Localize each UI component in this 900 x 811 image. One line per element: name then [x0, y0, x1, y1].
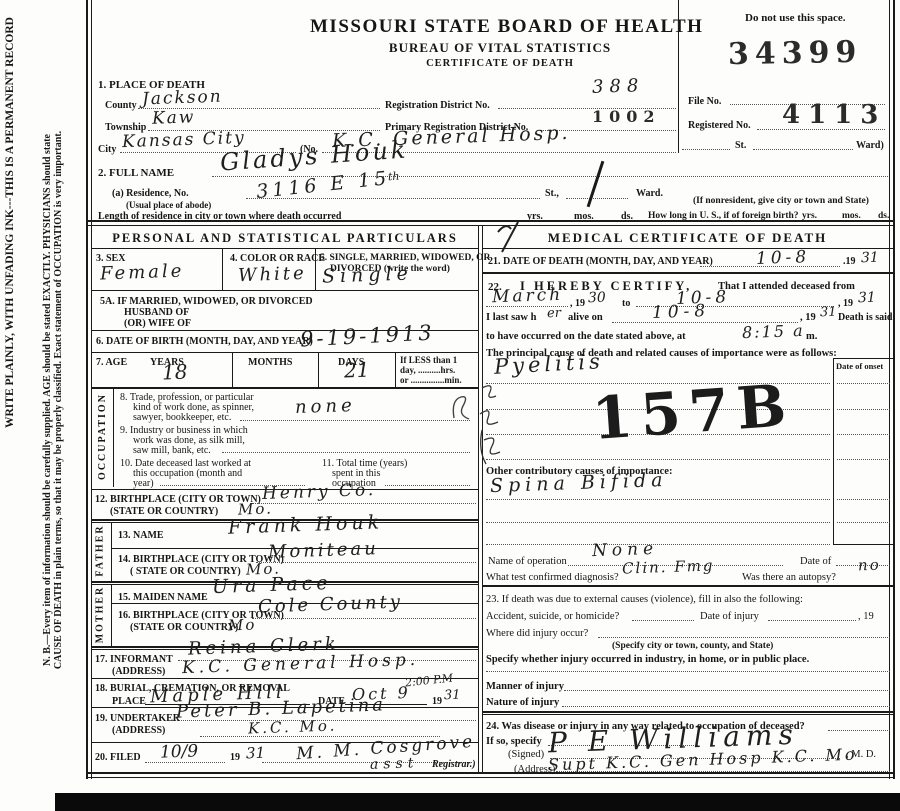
age-col-div-1: [232, 352, 233, 387]
onset-line-3: [837, 434, 890, 435]
registrar-label: Registrar.): [432, 759, 476, 771]
age-days-value: 21: [344, 358, 370, 383]
operation-label: Name of operation: [488, 556, 567, 568]
margin-note-block: N. B.—Every item of information should b…: [42, 10, 64, 790]
undertaker-addr-value: K.C. Mo.: [248, 716, 338, 737]
personal-header: PERSONAL AND STATISTICAL PARTICULARS: [92, 231, 478, 245]
less-min-label: or ...............min.: [400, 375, 462, 385]
filed-line-1: [145, 762, 225, 763]
row8-line: [240, 420, 470, 421]
married-label: 5A. IF MARRIED, WIDOWED, OR DIVORCED: [100, 296, 313, 308]
dod-19: .19: [843, 256, 856, 268]
autopsy-label: Was there an autopsy?: [742, 572, 836, 584]
informant-label: 17. INFORMANT: [95, 654, 173, 666]
city-label: City: [98, 144, 116, 156]
lastsaw-label-1: I last saw h: [486, 312, 536, 324]
attended-from-value: March: [492, 285, 564, 307]
registrar-pre-note: asst: [370, 755, 419, 773]
form-border-bottom-2: [86, 777, 895, 778]
to-19: , 19: [838, 298, 853, 310]
age-years-value: 18: [162, 360, 188, 385]
filed-19: 19: [230, 752, 240, 764]
father-bp-city-value: Moniteau: [268, 538, 379, 563]
months-label: MONTHS: [248, 357, 292, 369]
row8-label-3: sawyer, bookkeeper, etc.: [133, 412, 231, 424]
death-certificate-scan: WRITE PLAINLY, WITH UNFADING INK---THIS …: [0, 0, 900, 811]
onset-line-2: [837, 409, 890, 410]
mother-bracket-line: [111, 585, 112, 646]
header-box-divider: [678, 0, 679, 153]
margin-note-line1: N. B.—Every item of information should b…: [42, 10, 53, 790]
onset-box-bottom: [833, 544, 893, 545]
st-line-a: [682, 149, 730, 150]
color-value: White: [238, 263, 307, 286]
column-divider-1: [478, 225, 479, 773]
contrib-line-2: [486, 522, 830, 523]
form-border-right-inner: [889, 0, 890, 779]
from-year-value: 30: [588, 290, 606, 307]
column-divider-2: [482, 225, 483, 773]
row6-rule: [92, 352, 478, 353]
undertaker-label: 19. UNDERTAKER: [95, 713, 180, 725]
marital-value: Single: [322, 262, 414, 287]
contrib-onset-line-2: [837, 522, 890, 523]
q23-specify-city-label: (Specify city or town, county, and State…: [612, 641, 773, 652]
row7-rule: [92, 387, 478, 389]
row9-label-3: saw mill, bank, etc.: [133, 445, 211, 457]
manner-line: [564, 690, 890, 691]
mother-vertical-label: MOTHER: [95, 585, 106, 645]
death-said-label: Death is said: [838, 312, 892, 324]
lastsaw-label-2: alive on: [568, 312, 603, 324]
residence-sup-value: th: [388, 170, 400, 183]
q23-intro: 23. If death was due to external causes …: [486, 594, 803, 606]
dob-label: 6. DATE OF BIRTH (MONTH, DAY, AND YEAR): [96, 336, 313, 348]
nature-line: [562, 706, 890, 707]
husband-label: HUSBAND OF: [124, 307, 189, 319]
onset-line-1: [837, 383, 890, 384]
from-19: , 19: [570, 298, 585, 310]
q23-where-line: [598, 637, 890, 638]
q23-blank-line: [486, 671, 890, 672]
ward-slash-mark: [587, 161, 605, 208]
registered-no-line: [757, 129, 885, 130]
county-value: Jackson: [142, 87, 223, 110]
test-value: Clin. Fmg: [622, 556, 715, 577]
to-label: to: [622, 298, 630, 310]
father-vertical-label: FATHER: [95, 521, 106, 581]
board-title: MISSOURI STATE BOARD OF HEALTH: [310, 16, 690, 38]
occurred-label: to have occurred on the date stated abov…: [486, 331, 686, 343]
contrib-line-1: [486, 499, 830, 500]
st-line-b: [753, 149, 853, 150]
onset-label: Date of onset: [836, 362, 883, 372]
father-name-label: 13. NAME: [118, 530, 164, 542]
mother-bp-state-value: Mo: [228, 616, 257, 635]
header-double-rule-1: [86, 220, 895, 222]
filed-label: 20. FILED: [95, 752, 141, 764]
occurred-m-label: m.: [806, 331, 817, 343]
q24-line: [828, 730, 890, 731]
birthplace-label: 12. BIRTHPLACE (CITY OR TOWN): [95, 494, 261, 506]
wife-label: (OR) WIFE OF: [124, 318, 191, 330]
do-not-use-label: Do not use this space.: [745, 12, 846, 25]
q23-rule-1: [483, 711, 893, 713]
color-marital-divider: [315, 248, 316, 290]
dod-year-value: 31: [861, 250, 879, 267]
file-no-label: File No.: [688, 96, 721, 108]
certify-label-2: That I attended deceased from: [718, 281, 855, 293]
mother-bp-line: [252, 618, 476, 619]
form-border-bottom-1: [86, 772, 895, 774]
nonresident-note: (If nonresident, give city or town and S…: [693, 196, 869, 207]
autopsy-rule: [483, 585, 893, 587]
full-name-label: 2. FULL NAME: [98, 167, 174, 180]
form-border-right-outer: [893, 0, 895, 779]
onset-box-top: [833, 358, 893, 359]
certificate-number-stamp: 34399: [728, 35, 863, 72]
registered-no-stamp: 4113: [782, 100, 886, 130]
margin-headline: WRITE PLAINLY, WITH UNFADING INK---THIS …: [4, 0, 17, 428]
occupation-pencil-mark: [448, 390, 474, 426]
occurred-time-value: 8:15 a: [742, 321, 805, 342]
row10-label-3: year): [133, 478, 154, 490]
nature-label: Nature of injury: [486, 697, 559, 709]
dod-label: 21. DATE OF DEATH (MONTH, DAY, AND YEAR): [488, 256, 713, 268]
registration-district-label: Registration District No.: [385, 100, 490, 112]
bureau-subtitle: BUREAU OF VITAL STATISTICS: [360, 41, 640, 56]
mother-bp-sub-label: (STATE OR COUNTRY): [130, 622, 238, 634]
form-border-left-outer: [86, 0, 88, 779]
signed-label: (Signed): [508, 749, 544, 761]
row9-line: [222, 452, 470, 453]
test-label: What test confirmed diagnosis?: [486, 572, 619, 584]
certificate-subtitle: CERTIFICATE OF DEATH: [390, 58, 610, 70]
q23-rule-2: [483, 714, 893, 715]
registration-district-value: 388: [592, 75, 645, 98]
cause-of-death-value: Pyelitis: [493, 349, 604, 379]
q23-specify-industry-label: Specify whether injury occurred in indus…: [486, 654, 809, 666]
filed-date-value: 10/9: [160, 741, 199, 762]
father-bracket-line: [111, 523, 112, 582]
dob-value: 9-19-1913: [299, 320, 435, 351]
medical-header-rule: [483, 248, 893, 249]
informant-addr-label: (ADDRESS): [112, 666, 165, 678]
ward-pre-line: [566, 198, 628, 199]
form-border-left-inner: [91, 0, 92, 779]
onset-box-left: [833, 358, 834, 545]
burial-time-note: 2:00 P.M: [404, 672, 453, 690]
undertaker-addr-label: (ADDRESS): [112, 725, 165, 737]
street-label: St.,: [545, 188, 559, 200]
lastsaw-er: er: [547, 306, 561, 321]
q23-where-label: Where did injury occur?: [486, 628, 588, 640]
maiden-name-label: 15. MAIDEN NAME: [118, 592, 208, 604]
row21-rule: [483, 272, 893, 274]
burial-place-label: PLACE: [112, 696, 146, 708]
sex-color-divider: [222, 248, 223, 290]
contrib-onset-line-1: [837, 499, 890, 500]
header-double-rule-2: [86, 225, 895, 226]
color-label: 4. COLOR OR RACE: [230, 253, 325, 265]
birthplace-city-value: Henry Co.: [262, 480, 377, 504]
father-name-value: Frank Houk: [228, 511, 384, 538]
ifso-label: If so, specify: [486, 736, 542, 748]
sex-value: Female: [100, 261, 185, 285]
less-hrs-label: day, ..........hrs.: [400, 365, 455, 375]
residence-label: (a) Residence, No.: [112, 188, 189, 200]
q23-accident-label: Accident, suicide, or homicide?: [486, 611, 619, 623]
age-col-div-3: [395, 352, 396, 387]
ward-closing-label: Ward): [856, 140, 884, 152]
q23-dateinjury-line: [768, 620, 856, 621]
burial-year-19: 19: [432, 696, 442, 708]
birthplace-sub-label: (STATE OR COUNTRY): [110, 506, 218, 518]
primary-district-stamp: 1002: [592, 107, 661, 126]
manner-label: Manner of injury: [486, 681, 564, 693]
residence-sub-label: (Usual place of abode): [126, 200, 211, 210]
dateof-label: Date of: [800, 556, 831, 568]
medical-header: MEDICAL CERTIFICATE OF DEATH: [482, 231, 893, 246]
county-label: County: [105, 100, 137, 112]
margin-note-line2: CAUSE OF DEATH in plain terms, so that i…: [53, 10, 64, 790]
mother-bp-city-value: Cole County: [258, 591, 404, 617]
q23-19-label: , 19: [858, 611, 874, 623]
cause-code-stamp: 157B: [590, 371, 796, 453]
personal-header-rule: [92, 248, 478, 249]
less-than-1-label: If LESS than 1: [400, 355, 457, 365]
dod-value: 10-8: [756, 247, 811, 269]
lastsaw-year-value: 31: [820, 305, 837, 321]
cause-line-4: [486, 459, 830, 460]
occupation-bracket-line: [113, 389, 114, 487]
margin-scribble: [474, 380, 504, 472]
onset-line-4: [837, 459, 890, 460]
row345-rule: [92, 290, 478, 291]
age-col-div-2: [318, 352, 319, 387]
to-year-value: 31: [858, 290, 876, 307]
lastsaw-date-value: 10-8: [652, 301, 711, 323]
township-value: Kaw: [152, 107, 196, 129]
filed-year-value: 31: [246, 744, 266, 763]
burial-year-value: 31: [444, 688, 461, 704]
q23-dateinjury-label: Date of injury: [700, 611, 759, 623]
registered-no-label: Registered No.: [688, 120, 751, 132]
q23-accident-line: [632, 620, 694, 621]
st-label: St.: [735, 140, 746, 152]
ward-label: Ward.: [636, 188, 663, 200]
occupation-vertical-label: OCCUPATION: [97, 389, 108, 484]
scan-black-bar: [55, 793, 900, 811]
row11-line: [385, 485, 470, 486]
autopsy-value: no: [858, 556, 881, 575]
age-label: 7. AGE: [96, 357, 127, 369]
occupation-value: none: [295, 395, 356, 418]
